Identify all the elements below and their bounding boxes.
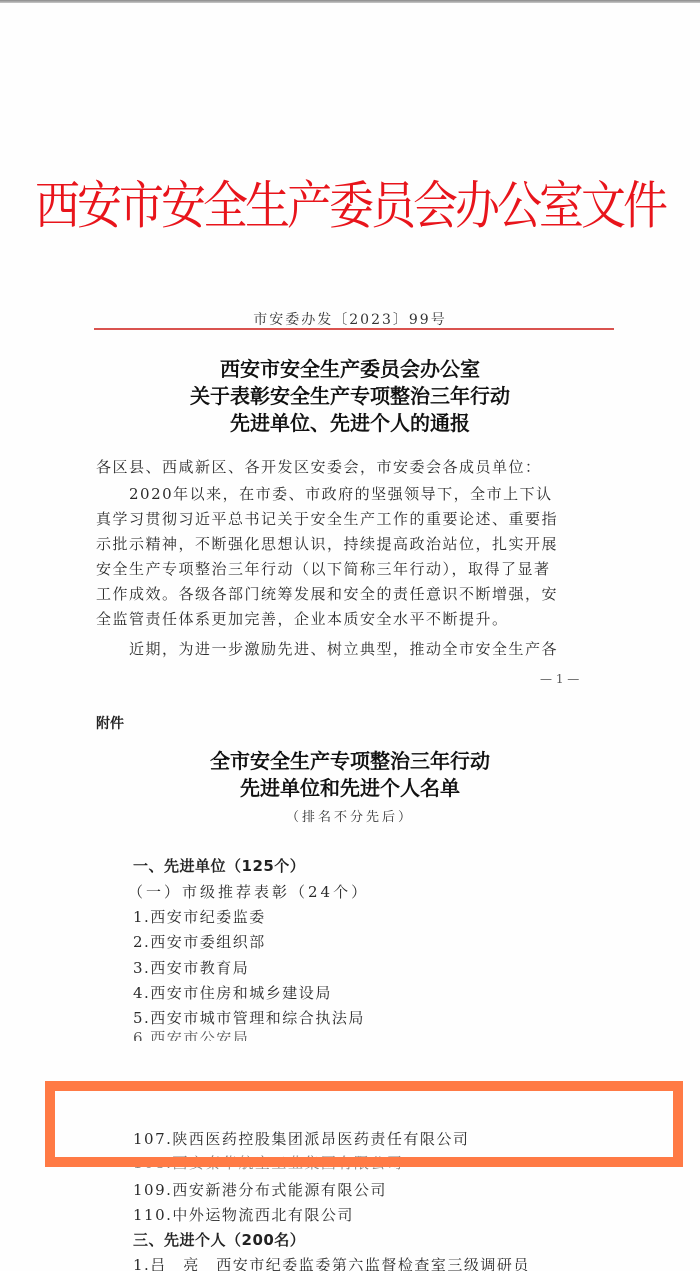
list-item: 5.西安市城市管理和综合执法局: [133, 1007, 365, 1028]
list-item: 1.西安市纪委监委: [133, 906, 266, 927]
document-number: 市安委办发〔2023〕99号: [0, 309, 700, 329]
notice-title-line-1: 西安市安全生产委员会办公室: [0, 356, 700, 383]
list-item: 4.西安市住房和城乡建设局: [133, 982, 332, 1003]
document-red-header: 西安市安全生产委员会办公室文件: [0, 172, 700, 241]
list-item: 2.西安市委组织部: [133, 931, 266, 952]
list-item-cut-off: 6.西安市公安局: [133, 1027, 249, 1041]
notice-title: 西安市安全生产委员会办公室 关于表彰安全生产专项整治三年行动 先进单位、先进个人…: [0, 356, 700, 437]
section-heading-units: 一、先进单位（125个）: [133, 855, 305, 876]
attachment-title: 全市安全生产专项整治三年行动 先进单位和先进个人名单: [0, 748, 700, 802]
notice-title-line-2: 关于表彰安全生产专项整治三年行动: [0, 383, 700, 410]
attachment-subtitle: （排名不分先后）: [0, 806, 700, 825]
notice-title-line-3: 先进单位、先进个人的通报: [0, 410, 700, 437]
body-line: 工作成效。各级各部门统筹发展和安全的责任意识不断增强，安: [96, 582, 616, 607]
list-item: 110.中外运物流西北有限公司: [133, 1204, 354, 1225]
list-item-individual: 1.吕 亮 西安市纪委监委第六监督检查室三级调研员: [133, 1254, 530, 1271]
addressee-line: 各区县、西咸新区、各开发区安委会，市安委会各成员单位：: [96, 455, 616, 480]
body-line: 示批示精神，不断强化思想认识，持续提高政治站位，扎实开展: [96, 532, 616, 557]
page-number: — 1 —: [540, 672, 579, 686]
body-line: 全监管责任体系更加完善，企业本质安全水平不断提升。: [96, 607, 616, 632]
list-item: 3.西安市教育局: [133, 957, 249, 978]
body-line: 2020年以来，在市委、市政府的坚强领导下，全市上下认: [96, 482, 616, 507]
section-heading-individuals: 三、先进个人（200名）: [133, 1229, 305, 1250]
red-divider-rule: [94, 328, 614, 330]
subsection-heading-city-level: （一）市级推荐表彰（24个）: [128, 881, 369, 902]
body-line: 真学习贯彻习近平总书记关于安全生产工作的重要论述、重要指: [96, 507, 616, 532]
attachment-title-line-1: 全市安全生产专项整治三年行动: [0, 748, 700, 775]
list-item: 109.西安新港分布式能源有限公司: [133, 1179, 387, 1200]
body-line: 安全生产专项整治三年行动（以下简称三年行动），取得了显著: [96, 557, 616, 582]
window-top-edge: [0, 0, 700, 3]
body-paragraph-2: 近期，为进一步激励先进、树立典型，推动全市安全生产各: [96, 637, 616, 662]
attachment-title-line-2: 先进单位和先进个人名单: [0, 775, 700, 802]
orange-highlight-box: [45, 1081, 683, 1167]
attachment-label: 附件: [96, 713, 124, 733]
body-paragraph-1: 2020年以来，在市委、市政府的坚强领导下，全市上下认 真学习贯彻习近平总书记关…: [96, 482, 616, 632]
